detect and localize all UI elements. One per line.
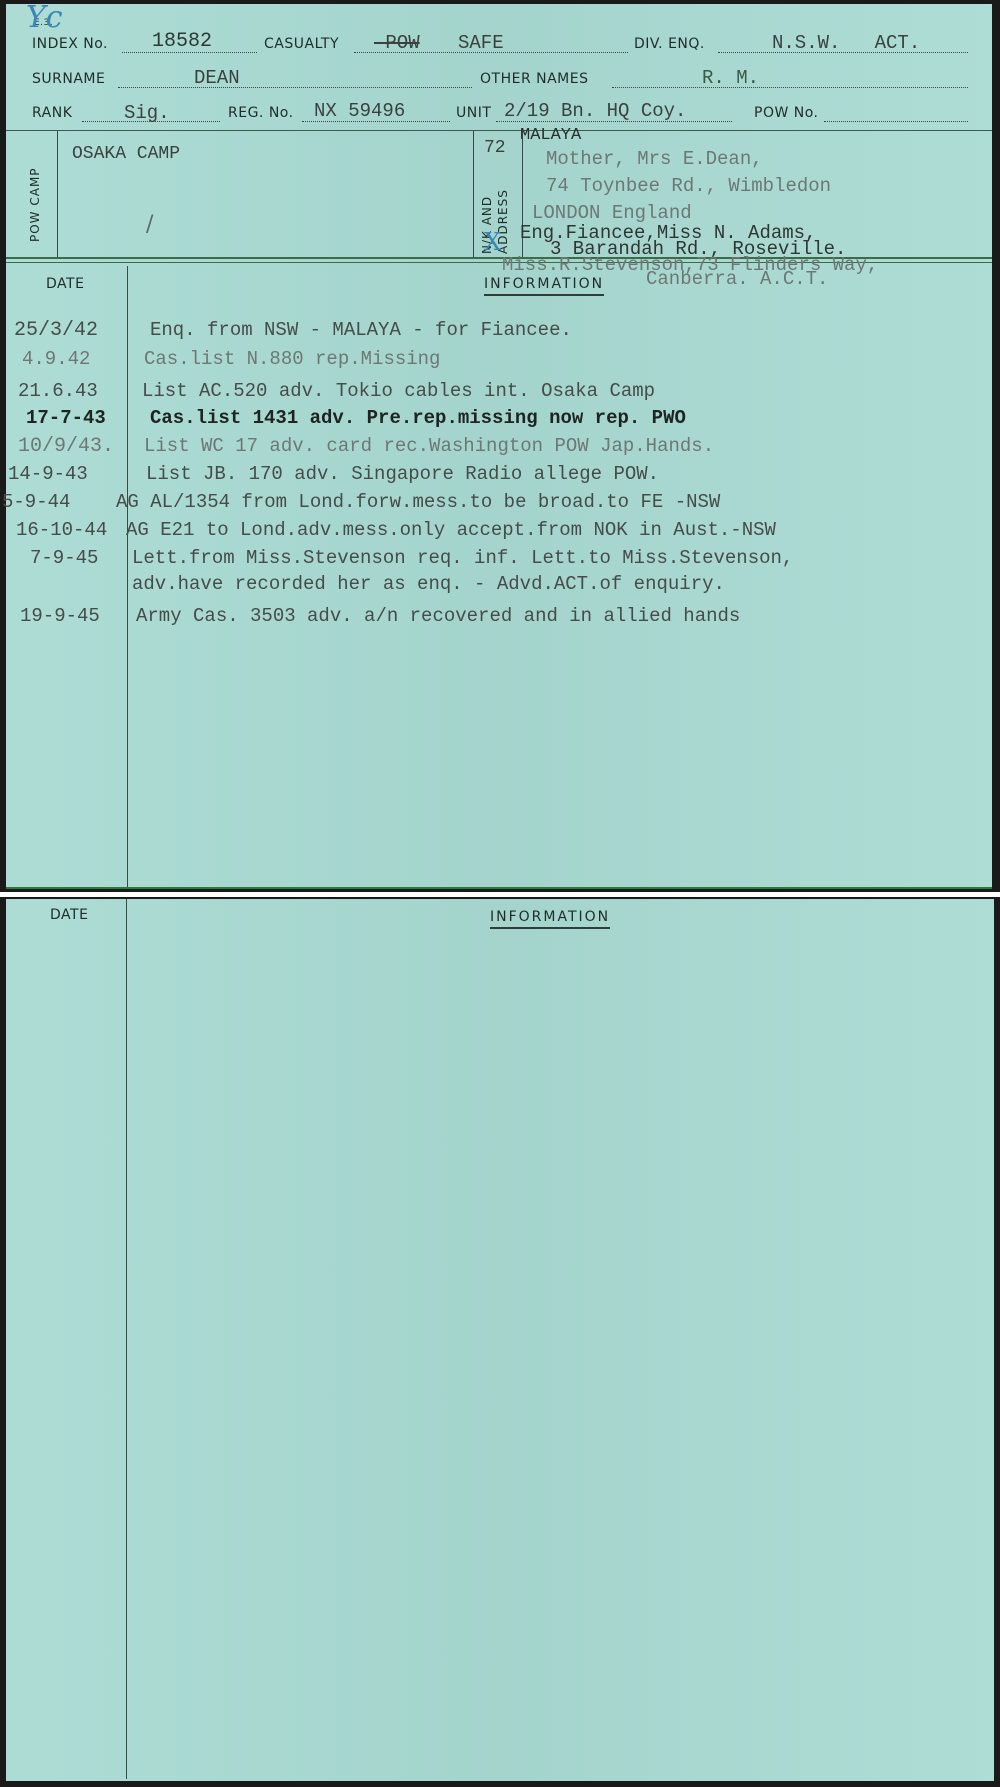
- entry-9-date: 19-9-45: [20, 605, 100, 627]
- entry-5-info: List JB. 170 adv. Singapore Radio allege…: [146, 463, 659, 485]
- entry-3-info: Cas.list 1431 adv. Pre.rep.missing now r…: [150, 407, 686, 429]
- reg-no-value: NX 59496: [314, 100, 405, 122]
- date-header: DATE: [46, 276, 84, 292]
- rank-label: RANK: [32, 105, 72, 121]
- back-date-column-divider: [126, 899, 127, 1779]
- card-back: DATE INFORMATION: [6, 899, 994, 1781]
- entry-6-info: AG AL/1354 from Lond.forw.mess.to be bro…: [116, 491, 720, 513]
- div-enq-value: N.S.W. ACT.: [772, 32, 920, 54]
- nok-line-1: Mother, Mrs E.Dean,: [546, 148, 763, 170]
- other-names-dots: [612, 87, 968, 88]
- back-information-header: INFORMATION: [490, 909, 610, 929]
- surname-label: SURNAME: [32, 71, 105, 87]
- entry-7-date: 16-10-44: [16, 519, 107, 541]
- handwritten-mark: Yc: [26, 0, 63, 35]
- div-enq-label: DIV. ENQ.: [634, 36, 705, 52]
- entry-8-info-cont: adv.have recorded her as enq. - Advd.ACT…: [132, 573, 725, 595]
- casualty-struck: -POW: [374, 32, 420, 54]
- entry-6-date: 5-9-44: [2, 491, 70, 513]
- pow-camp-label: POW CAMP: [28, 167, 42, 242]
- date-column-divider: [127, 266, 128, 887]
- other-names-label: OTHER NAMES: [480, 71, 588, 87]
- pow-camp-label-divider: [57, 131, 58, 259]
- entry-4-date: 10/9/43.: [18, 435, 114, 458]
- entry-7-info: AG E21 to Lond.adv.mess.only accept.from…: [126, 519, 776, 541]
- entry-3-date: 17-7-43: [26, 407, 106, 429]
- header-rule: [6, 130, 992, 131]
- nok-line-7: Canberra. A.C.T.: [646, 268, 828, 290]
- entry-9-info: Army Cas. 3503 adv. a/n recovered and in…: [136, 605, 740, 627]
- information-header: INFORMATION: [484, 276, 604, 296]
- index-label: INDEX No.: [32, 36, 108, 52]
- back-date-header: DATE: [50, 907, 88, 923]
- nok-divider-left: [473, 131, 474, 259]
- card-front: E.3. Yc INDEX No. 18582 CASUALTY -POW SA…: [6, 4, 992, 889]
- pencil-tick: /: [146, 212, 153, 237]
- unit-label: UNIT: [456, 105, 491, 121]
- entry-8-date: 7-9-45: [30, 547, 98, 569]
- entry-0-date: 25/3/42: [14, 319, 98, 342]
- other-names-value: R. M.: [702, 67, 759, 89]
- nok-margin-mark: X: [484, 228, 501, 256]
- entry-2-info: List AC.520 adv. Tokio cables int. Osaka…: [142, 380, 655, 402]
- entry-5-date: 14-9-43: [8, 463, 88, 485]
- index-value: 18582: [152, 30, 212, 53]
- rank-value: Sig.: [124, 102, 170, 124]
- pow-no-label: POW No.: [754, 105, 819, 121]
- entry-1-info: Cas.list N.880 rep.Missing: [144, 348, 440, 370]
- unit-value: 2/19 Bn. HQ Coy.: [504, 100, 686, 122]
- entry-4-info: List WC 17 adv. card rec.Washington POW …: [144, 435, 714, 457]
- nok-line-0: MALAYA: [520, 126, 581, 145]
- entry-1-date: 4.9.42: [22, 348, 90, 370]
- nok-margin-number: 72: [484, 138, 506, 158]
- entry-0-info: Enq. from NSW - MALAYA - for Fiancee.: [150, 319, 572, 341]
- nok-line-2: 74 Toynbee Rd., Wimbledon: [546, 175, 831, 197]
- surname-dots: [118, 87, 472, 88]
- pow-camp-value: OSAKA CAMP: [72, 144, 180, 164]
- pow-no-dots: [824, 121, 968, 122]
- entry-8-info: Lett.from Miss.Stevenson req. inf. Lett.…: [132, 547, 793, 569]
- casualty-label: CASUALTY: [264, 36, 339, 52]
- surname-value: DEAN: [194, 67, 240, 89]
- casualty-value: SAFE: [458, 32, 504, 54]
- entry-2-date: 21.6.43: [18, 380, 98, 402]
- reg-no-label: REG. No.: [228, 105, 294, 121]
- nok-line-3: LONDON England: [532, 202, 692, 224]
